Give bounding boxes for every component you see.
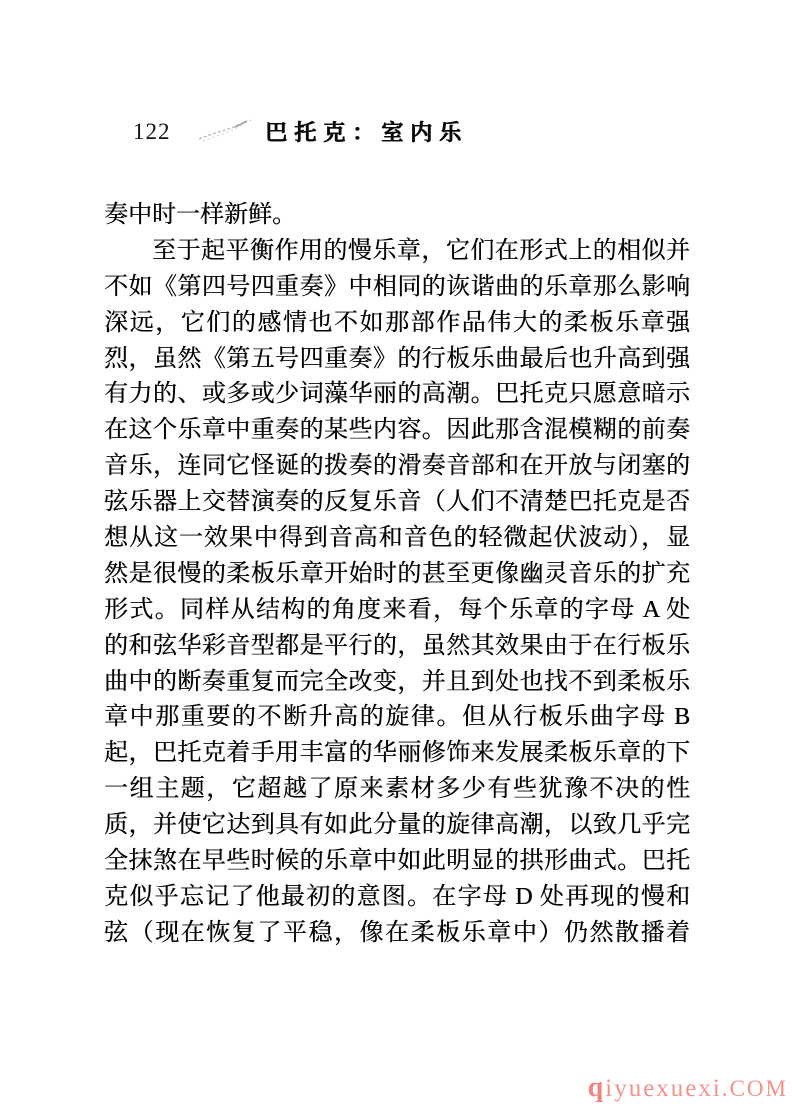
scanned-book-page: 122 巴托克：室内乐 奏中时一样新鲜。 至于起平衡作用的慢乐章，它们在形式上的… [0,0,794,1120]
running-head-book-title: 巴托克：室内乐 [265,116,468,147]
text-line: 深远，它们的感情也不如那部作品伟大的柔板乐章强 [104,306,690,342]
site-watermark: qiyuexuexi.COM [588,1072,788,1104]
text-line: 奏中时一样新鲜。 [104,198,690,234]
text-line: 音乐，连同它怪诞的拨奏的滑奏音部和在开放与闭塞的 [104,449,690,485]
text-line: 有力的、或多或少词藻华丽的高潮。巴托克只愿意暗示 [104,377,690,413]
text-line: 曲中的断奏重复而完全改变，并且到处也找不到柔板乐 [104,665,690,701]
text-line: 至于起平衡作用的慢乐章，它们在形式上的相似并 [104,234,690,270]
text-line: 想从这一效果中得到音高和音色的轻微起伏波动），显 [104,521,690,557]
text-line: 起，巴托克着手用丰富的华丽修饰来发展柔板乐章的下 [104,736,690,772]
text-line: 一组主题，它超越了原来素材多少有些犹豫不决的性 [104,772,690,808]
page-number: 122 [133,119,171,145]
text-line: 章中那重要的不断升高的旋律。但从行板乐曲字母 B [104,700,690,736]
text-line: 形式。同样从结构的角度来看，每个乐章的字母 A 处 [104,593,690,629]
watermark-tld: .COM [722,1076,788,1101]
text-line: 全抹煞在早些时候的乐章中如此明显的拱形曲式。巴托 [104,844,690,880]
text-line: 弦乐器上交替演奏的反复乐音（人们不清楚巴托克是否 [104,485,690,521]
text-line: 克似乎忘记了他最初的意图。在字母 D 处再现的慢和 [104,880,690,916]
pencil-smudge-mark [195,115,265,145]
watermark-name: iyuexuexi [605,1075,722,1102]
text-line: 在这个乐章中重奏的某些内容。因此那含混模糊的前奏 [104,413,690,449]
page-header: 122 巴托克：室内乐 [133,115,693,149]
watermark-lead-letter: q [588,1072,606,1103]
text-line: 弦（现在恢复了平稳，像在柔板乐章中）仍然散播着 [104,916,690,952]
body-text-block: 奏中时一样新鲜。 至于起平衡作用的慢乐章，它们在形式上的相似并 不如《第四号四重… [104,198,690,952]
text-line: 然是很慢的柔板乐章开始时的甚至更像幽灵音乐的扩充 [104,557,690,593]
text-line: 质，并使它达到具有如此分量的旋律高潮，以致几乎完 [104,808,690,844]
text-line: 不如《第四号四重奏》中相同的诙谐曲的乐章那么影响 [104,270,690,306]
text-line: 的和弦华彩音型都是平行的，虽然其效果由于在行板乐 [104,629,690,665]
text-line: 烈，虽然《第五号四重奏》的行板乐曲最后也升高到强 [104,342,690,378]
